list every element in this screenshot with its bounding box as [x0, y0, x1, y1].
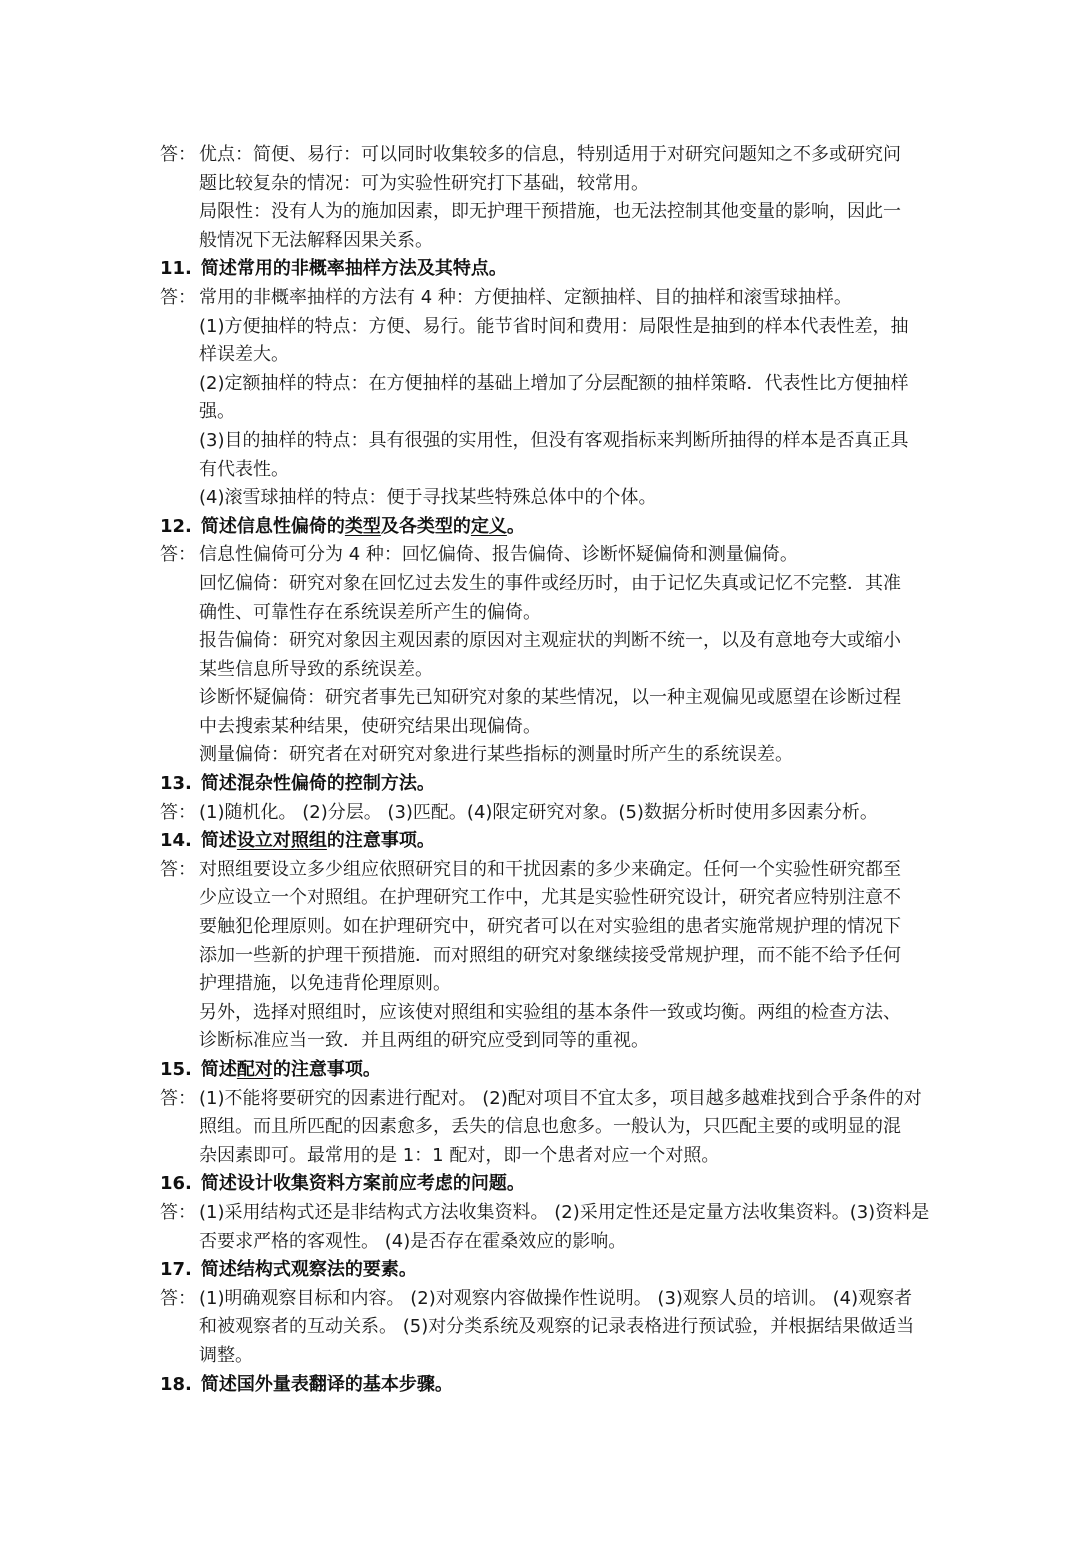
answer-text: 另外，选择对照组时，应该使对照组和实验组的基本条件一致或均衡。两组的检查方法、 [199, 999, 901, 1028]
answer-text: 回忆偏倚：研究对象在回忆过去发生的事件或经历时，由于记忆失真或记忆不完整．其准 [199, 570, 901, 599]
answer-line: 添加一些新的护理干预措施．而对照组的研究对象继续接受常规护理，而不能不给予任何 [0, 942, 1080, 971]
answer-prefix: 答： [160, 141, 196, 170]
answer-text: 报告偏倚：研究对象因主观因素的原因对主观症状的判断不统一，以及有意地夸大或缩小 [199, 627, 901, 656]
answer-text: 调整。 [199, 1342, 253, 1371]
answer-text: 某些信息所导致的系统误差。 [199, 656, 433, 685]
answer-line: 中去搜索某种结果，使研究结果出现偏倚。 [0, 713, 1080, 742]
answer-text: 护理措施，以免违背伦理原则。 [199, 970, 451, 999]
answer-prefix: 答： [160, 1285, 196, 1314]
answer-text: 要触犯伦理原则。如在护理研究中，研究者可以在对实验组的患者实施常规护理的情况下 [199, 913, 901, 942]
answer-line: 答：(1)不能将要研究的因素进行配对。 (2)配对项目不宜太多，项目越多越难找到… [0, 1085, 1080, 1114]
question-heading: 12. 简述信息性偏倚的类型及各类型的定义。 [0, 513, 1080, 542]
answer-prefix: 答： [160, 541, 196, 570]
answer-text: 样误差大。 [199, 341, 289, 370]
answer-text: 确性、可靠性存在系统误差所产生的偏倚。 [199, 599, 541, 628]
answer-line: 诊断标准应当一致．并且两组的研究应受到同等的重视。 [0, 1027, 1080, 1056]
answer-text: (1)明确观察目标和内容。 (2)对观察内容做操作性说明。 (3)观察人员的培训… [199, 1285, 912, 1314]
answer-line: (4)滚雪球抽样的特点：便于寻找某些特殊总体中的个体。 [0, 484, 1080, 513]
question-heading: 17. 简述结构式观察法的要素。 [0, 1256, 1080, 1285]
answer-text: 否要求严格的客观性。 (4)是否存在霍桑效应的影响。 [199, 1228, 626, 1257]
answer-text: 有代表性。 [199, 456, 289, 485]
answer-line: (3)目的抽样的特点：具有很强的实用性，但没有客观指标来判断所抽得的样本是否真正… [0, 427, 1080, 456]
underlined-term: 配对 [237, 1059, 273, 1080]
answer-text: (1)不能将要研究的因素进行配对。 (2)配对项目不宜太多，项目越多越难找到合乎… [199, 1085, 922, 1114]
answer-text: 少应设立一个对照组。在护理研究工作中，尤其是实验性研究设计，研究者应特别注意不 [199, 884, 901, 913]
answer-line: 有代表性。 [0, 456, 1080, 485]
answer-text: (1)采用结构式还是非结构式方法收集资料。 (2)采用定性还是定量方法收集资料。… [199, 1199, 929, 1228]
answer-prefix: 答： [160, 799, 196, 828]
answer-text: (3)目的抽样的特点：具有很强的实用性，但没有客观指标来判断所抽得的样本是否真正… [199, 427, 909, 456]
answer-text: 强。 [199, 398, 235, 427]
answer-line: 调整。 [0, 1342, 1080, 1371]
answer-text: 中去搜索某种结果，使研究结果出现偏倚。 [199, 713, 541, 742]
answer-text: 般情况下无法解释因果关系。 [199, 227, 433, 256]
question-text: 18. 简述国外量表翻译的基本步骤。 [160, 1371, 453, 1400]
answer-text: 题比较复杂的情况：可为实验性研究打下基础，较常用。 [199, 170, 649, 199]
question-number: 17. [160, 1259, 192, 1280]
question-title: 简述设计收集资料方案前应考虑的问题。 [201, 1173, 525, 1194]
answer-line: 答：(1)随机化。 (2)分层。 (3)匹配。(4)限定研究对象。(5)数据分析… [0, 799, 1080, 828]
question-text: 11. 简述常用的非概率抽样方法及其特点。 [160, 255, 507, 284]
question-number: 11. [160, 258, 192, 279]
question-fragment: 及各类型的 [381, 516, 471, 537]
question-heading: 18. 简述国外量表翻译的基本步骤。 [0, 1371, 1080, 1400]
answer-line: 答：(1)明确观察目标和内容。 (2)对观察内容做操作性说明。 (3)观察人员的… [0, 1285, 1080, 1314]
answer-line: 测量偏倚：研究者在对研究对象进行某些指标的测量时所产生的系统误差。 [0, 741, 1080, 770]
question-heading: 16. 简述设计收集资料方案前应考虑的问题。 [0, 1170, 1080, 1199]
answer-line: (2)定额抽样的特点：在方便抽样的基础上增加了分层配额的抽样策略．代表性比方便抽… [0, 370, 1080, 399]
question-text: 14. 简述设立对照组的注意事项。 [160, 827, 435, 856]
question-number: 16. [160, 1173, 192, 1194]
answer-text: 优点：简便、易行：可以同时收集较多的信息，特别适用于对研究问题知之不多或研究问 [199, 141, 901, 170]
answer-line: 答：信息性偏倚可分为 4 种：回忆偏倚、报告偏倚、诊断怀疑偏倚和测量偏倚。 [0, 541, 1080, 570]
answer-text: 测量偏倚：研究者在对研究对象进行某些指标的测量时所产生的系统误差。 [199, 741, 793, 770]
answer-line: 答：常用的非概率抽样的方法有 4 种：方便抽样、定额抽样、目的抽样和滚雪球抽样。 [0, 284, 1080, 313]
question-text: 13. 简述混杂性偏倚的控制方法。 [160, 770, 435, 799]
question-heading: 14. 简述设立对照组的注意事项。 [0, 827, 1080, 856]
answer-line: 少应设立一个对照组。在护理研究工作中，尤其是实验性研究设计，研究者应特别注意不 [0, 884, 1080, 913]
answer-line: 要触犯伦理原则。如在护理研究中，研究者可以在对实验组的患者实施常规护理的情况下 [0, 913, 1080, 942]
question-number: 14. [160, 830, 192, 851]
answer-text: 照组。而且所匹配的因素愈多，丢失的信息也愈多。一般认为，只匹配主要的或明显的混 [199, 1113, 901, 1142]
question-fragment: 简述 [201, 1059, 237, 1080]
question-text: 17. 简述结构式观察法的要素。 [160, 1256, 417, 1285]
answer-line: 答：优点：简便、易行：可以同时收集较多的信息，特别适用于对研究问题知之不多或研究… [0, 141, 1080, 170]
answer-line: 护理措施，以免违背伦理原则。 [0, 970, 1080, 999]
underlined-term: 定义 [471, 516, 507, 537]
question-fragment: 。 [507, 516, 525, 537]
question-title: 简述结构式观察法的要素。 [201, 1259, 417, 1280]
answer-text: 常用的非概率抽样的方法有 4 种：方便抽样、定额抽样、目的抽样和滚雪球抽样。 [199, 284, 852, 313]
answer-text: 添加一些新的护理干预措施．而对照组的研究对象继续接受常规护理，而不能不给予任何 [199, 942, 901, 971]
question-fragment: 的注意事项。 [327, 830, 435, 851]
answer-text: 杂因素即可。最常用的是 1：1 配对，即一个患者对应一个对照。 [199, 1142, 719, 1171]
answer-line: 报告偏倚：研究对象因主观因素的原因对主观症状的判断不统一，以及有意地夸大或缩小 [0, 627, 1080, 656]
answer-text: 诊断标准应当一致．并且两组的研究应受到同等的重视。 [199, 1027, 649, 1056]
question-heading: 13. 简述混杂性偏倚的控制方法。 [0, 770, 1080, 799]
answer-text: 和被观察者的互动关系。 (5)对分类系统及观察的记录表格进行预试验，并根据结果做… [199, 1313, 914, 1342]
answer-line: 局限性：没有人为的施加因素，即无护理干预措施，也无法控制其他变量的影响，因此一 [0, 198, 1080, 227]
answer-prefix: 答： [160, 284, 196, 313]
question-fragment: 简述信息性偏倚的 [201, 516, 345, 537]
answer-line: 和被观察者的互动关系。 (5)对分类系统及观察的记录表格进行预试验，并根据结果做… [0, 1313, 1080, 1342]
answer-prefix: 答： [160, 1085, 196, 1114]
question-text: 12. 简述信息性偏倚的类型及各类型的定义。 [160, 513, 525, 542]
answer-text: (2)定额抽样的特点：在方便抽样的基础上增加了分层配额的抽样策略．代表性比方便抽… [199, 370, 909, 399]
question-heading: 15. 简述配对的注意事项。 [0, 1056, 1080, 1085]
answer-line: 否要求严格的客观性。 (4)是否存在霍桑效应的影响。 [0, 1228, 1080, 1257]
answer-line: (1)方便抽样的特点：方便、易行。能节省时间和费用：局限性是抽到的样本代表性差，… [0, 313, 1080, 342]
answer-line: 回忆偏倚：研究对象在回忆过去发生的事件或经历时，由于记忆失真或记忆不完整．其准 [0, 570, 1080, 599]
answer-text: (1)随机化。 (2)分层。 (3)匹配。(4)限定研究对象。(5)数据分析时使… [199, 799, 878, 828]
answer-text: 信息性偏倚可分为 4 种：回忆偏倚、报告偏倚、诊断怀疑偏倚和测量偏倚。 [199, 541, 798, 570]
question-title: 简述国外量表翻译的基本步骤。 [201, 1374, 453, 1395]
answer-prefix: 答： [160, 856, 196, 885]
answer-text: 对照组要设立多少组应依照研究目的和干扰因素的多少来确定。任何一个实验性研究都至 [199, 856, 901, 885]
question-title: 简述常用的非概率抽样方法及其特点。 [201, 258, 507, 279]
answer-line: 答：对照组要设立多少组应依照研究目的和干扰因素的多少来确定。任何一个实验性研究都… [0, 856, 1080, 885]
question-number: 18. [160, 1374, 192, 1395]
underlined-term: 设立对照组 [237, 830, 327, 851]
answer-line: 杂因素即可。最常用的是 1：1 配对，即一个患者对应一个对照。 [0, 1142, 1080, 1171]
answer-line: 般情况下无法解释因果关系。 [0, 227, 1080, 256]
answer-line: 照组。而且所匹配的因素愈多，丢失的信息也愈多。一般认为，只匹配主要的或明显的混 [0, 1113, 1080, 1142]
answer-line: 题比较复杂的情况：可为实验性研究打下基础，较常用。 [0, 170, 1080, 199]
question-text: 16. 简述设计收集资料方案前应考虑的问题。 [160, 1170, 525, 1199]
question-heading: 11. 简述常用的非概率抽样方法及其特点。 [0, 255, 1080, 284]
answer-line: 样误差大。 [0, 341, 1080, 370]
question-number: 13. [160, 773, 192, 794]
answer-prefix: 答： [160, 1199, 196, 1228]
answer-line: 强。 [0, 398, 1080, 427]
answer-text: (1)方便抽样的特点：方便、易行。能节省时间和费用：局限性是抽到的样本代表性差，… [199, 313, 909, 342]
question-text: 15. 简述配对的注意事项。 [160, 1056, 381, 1085]
document-page: 答：优点：简便、易行：可以同时收集较多的信息，特别适用于对研究问题知之不多或研究… [0, 141, 1080, 1399]
underlined-term: 类型 [345, 516, 381, 537]
answer-line: 答：(1)采用结构式还是非结构式方法收集资料。 (2)采用定性还是定量方法收集资… [0, 1199, 1080, 1228]
question-fragment: 的注意事项。 [273, 1059, 381, 1080]
question-number: 12. [160, 516, 192, 537]
question-number: 15. [160, 1059, 192, 1080]
answer-line: 诊断怀疑偏倚：研究者事先已知研究对象的某些情况，以一种主观偏见或愿望在诊断过程 [0, 684, 1080, 713]
answer-line: 确性、可靠性存在系统误差所产生的偏倚。 [0, 599, 1080, 628]
question-title: 简述混杂性偏倚的控制方法。 [201, 773, 435, 794]
answer-line: 另外，选择对照组时，应该使对照组和实验组的基本条件一致或均衡。两组的检查方法、 [0, 999, 1080, 1028]
answer-line: 某些信息所导致的系统误差。 [0, 656, 1080, 685]
answer-text: (4)滚雪球抽样的特点：便于寻找某些特殊总体中的个体。 [199, 484, 657, 513]
answer-text: 局限性：没有人为的施加因素，即无护理干预措施，也无法控制其他变量的影响，因此一 [199, 198, 901, 227]
answer-text: 诊断怀疑偏倚：研究者事先已知研究对象的某些情况，以一种主观偏见或愿望在诊断过程 [199, 684, 901, 713]
question-fragment: 简述 [201, 830, 237, 851]
